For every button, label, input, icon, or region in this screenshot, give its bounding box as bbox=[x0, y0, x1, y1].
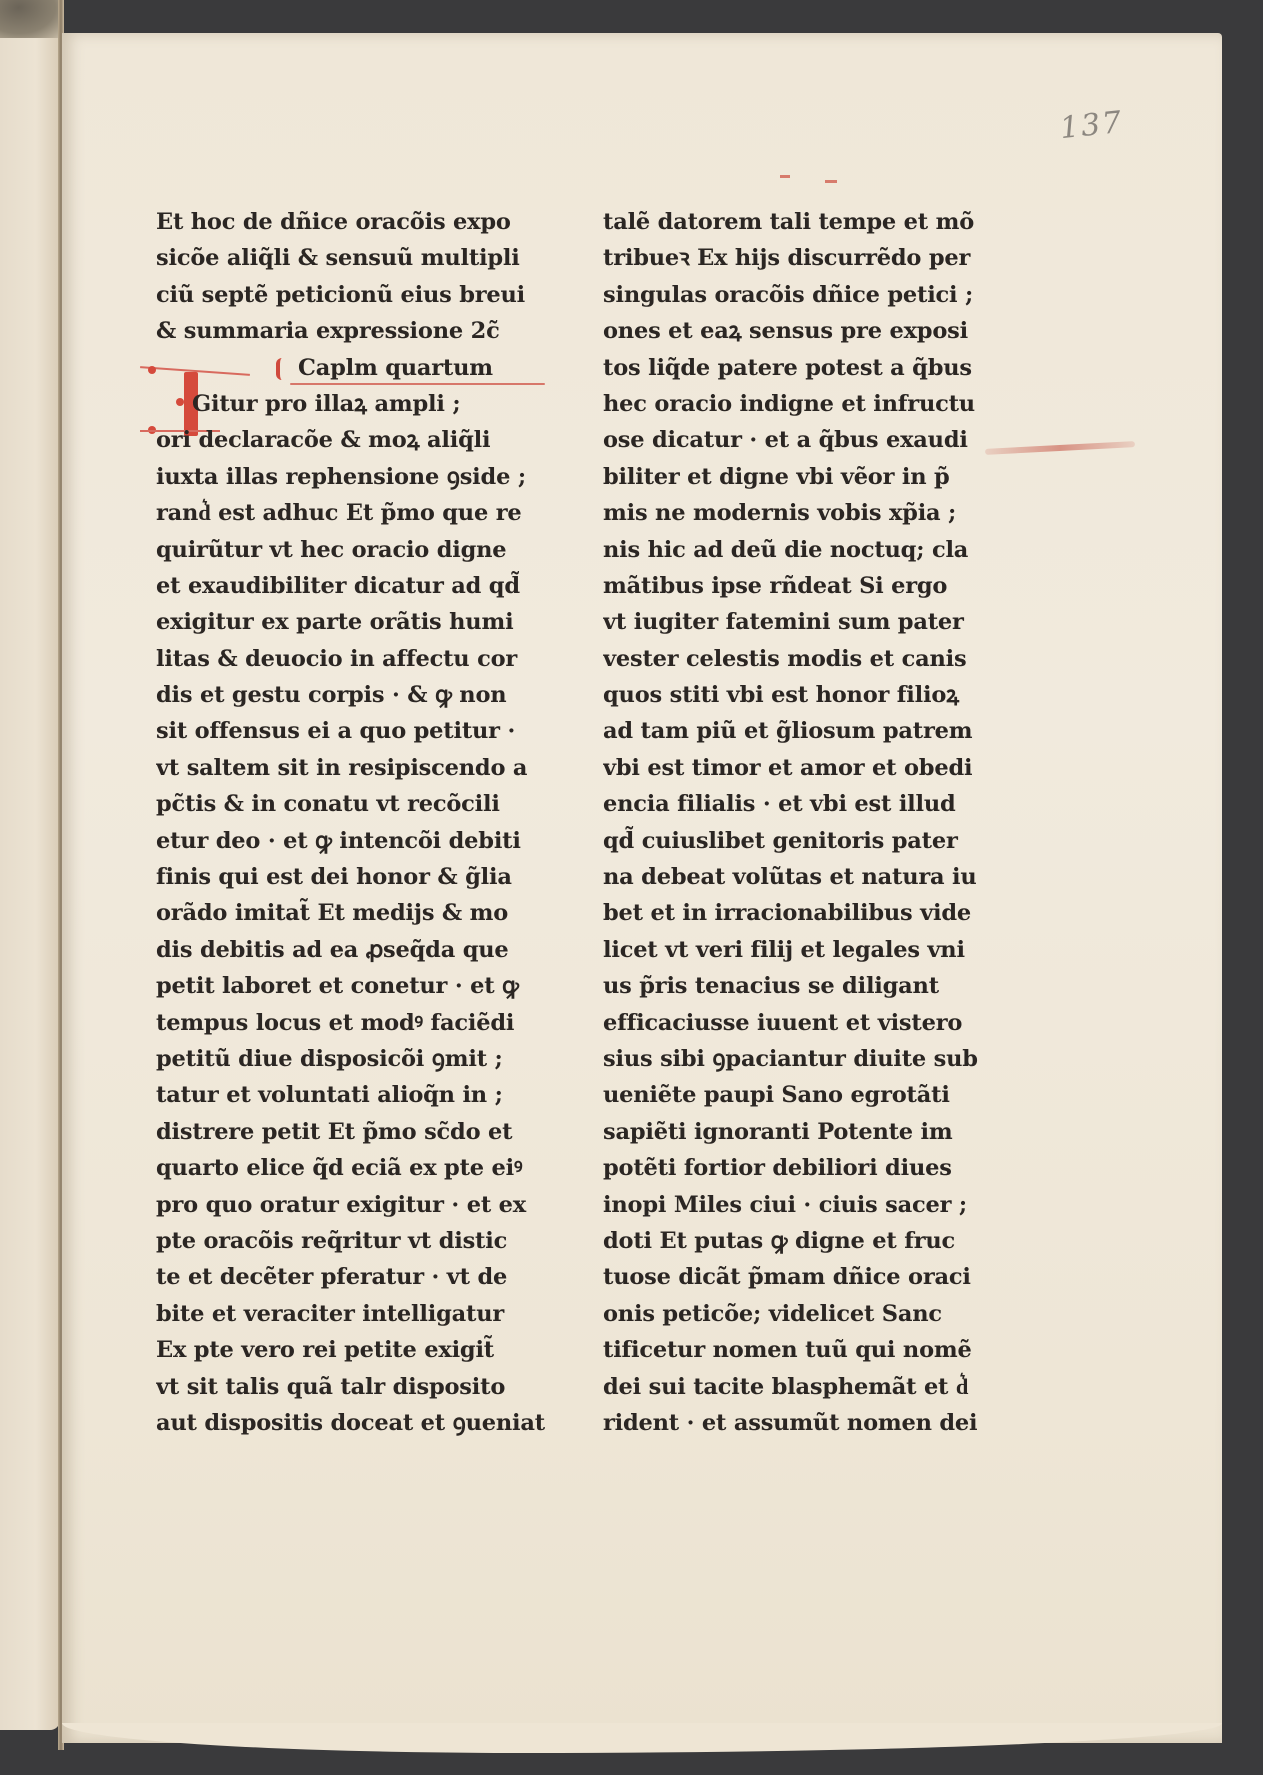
text-line: vbi est timor et amor et obedi bbox=[603, 750, 1003, 786]
text-line: biliter et digne vbi vẽor in p̃ bbox=[603, 459, 1003, 495]
text-line: vt sit talis quã talr disposito bbox=[156, 1369, 546, 1405]
text-line: tempus locus et modꝰ faciẽdi bbox=[156, 1005, 546, 1041]
text-line: distrere petit Et p̃mo sc̃do et bbox=[156, 1114, 546, 1150]
text-line: rand͛ est adhuc Et p̃mo que re bbox=[156, 495, 546, 531]
text-line: pro quo oratur exigitur · et ex bbox=[156, 1187, 546, 1223]
text-line: na debeat volũtas et natura iu bbox=[603, 859, 1003, 895]
text-line: pc̃tis & in conatu vt recõcili bbox=[156, 786, 546, 822]
text-line: tatur et voluntati alioq̃n in ; bbox=[156, 1077, 546, 1113]
text-line: etur deo · et ꝙ intencõi debiti bbox=[156, 823, 546, 859]
text-line: ad tam piũ et g̃liosum patrem bbox=[603, 713, 1003, 749]
text-line: petit laboret et conetur · et ꝙ bbox=[156, 968, 546, 1004]
text-line: vt saltem sit in resipiscendo a bbox=[156, 750, 546, 786]
text-line: Et hoc de dñice oracõis expo bbox=[156, 204, 546, 240]
text-line: Gitur pro illaꝝ ampli ; bbox=[156, 386, 546, 422]
facing-page-edge bbox=[0, 0, 60, 1730]
text-line: petitũ diue disposicõi ꝯmit ; bbox=[156, 1041, 546, 1077]
text-line: tificetur nomen tuũ qui nomẽ bbox=[603, 1332, 1003, 1368]
text-line: bite et veraciter intelligatur bbox=[156, 1296, 546, 1332]
text-column-right: talẽ datorem tali tempe et mõ tribueꝛ Ex… bbox=[603, 204, 1003, 1441]
text-line: finis qui est dei honor & g̃lia bbox=[156, 859, 546, 895]
text-line: tuose dicãt p̃mam dñice oraci bbox=[603, 1259, 1003, 1295]
text-line: quos stiti vbi est honor filioꝝ bbox=[603, 677, 1003, 713]
text-line: & summaria expressione 2c̃ bbox=[156, 313, 546, 349]
text-line: ciũ septẽ peticionũ eius breui bbox=[156, 277, 546, 313]
text-line: iuxta illas rephensione ꝯside ; bbox=[156, 459, 546, 495]
text-line: bet et in irracionabilibus vide bbox=[603, 895, 1003, 931]
text-line: dei sui tacite blasphemãt et d͛ bbox=[603, 1369, 1003, 1405]
text-line: pte oracõis req̃ritur vt distic bbox=[156, 1223, 546, 1259]
text-line: ose dicatur · et a q̃bus exaudi bbox=[603, 422, 1003, 458]
paragraph-mark-icon bbox=[276, 358, 294, 380]
text-line: ueniẽte paupi Sano egrotãti bbox=[603, 1077, 1003, 1113]
folio-number: 137 bbox=[1058, 105, 1125, 146]
text-line: quarto elice q̃d eciã ex pte eiꝰ bbox=[156, 1150, 546, 1186]
text-line: tribueꝛ Ex hijs discurrẽdo per bbox=[603, 240, 1003, 276]
text-line: sicõe aliq̃li & sensuũ multipli bbox=[156, 240, 546, 276]
text-line: Ex pte vero rei petite exigit̃ bbox=[156, 1332, 546, 1368]
text-line: exigitur ex parte orãtis humi bbox=[156, 604, 546, 640]
text-line: rident · et assumũt nomen dei bbox=[603, 1405, 1003, 1441]
text-line: orãdo imitat̃ Et medijs & mo bbox=[156, 895, 546, 931]
text-line: efficaciusse iuuent et vistero bbox=[603, 1005, 1003, 1041]
rubric-mark bbox=[780, 175, 790, 178]
text-line: ones et eaꝝ sensus pre exposi bbox=[603, 313, 1003, 349]
text-line: doti Et putas ꝙ digne et fruc bbox=[603, 1223, 1003, 1259]
text-line: ori declaracõe & moꝝ aliq̃li bbox=[156, 422, 546, 458]
text-line: litas & deuocio in affectu cor bbox=[156, 641, 546, 677]
text-line: dis et gestu corpis · & ꝙ non bbox=[156, 677, 546, 713]
text-line: sius sibi ꝯpaciantur diuite sub bbox=[603, 1041, 1003, 1077]
text-line: inopi Miles ciui · ciuis sacer ; bbox=[603, 1187, 1003, 1223]
text-line: potẽti fortior debiliori diues bbox=[603, 1150, 1003, 1186]
text-line: dis debitis ad ea ꝓseq̃da que bbox=[156, 932, 546, 968]
text-line: te et decẽter pferatur · vt de bbox=[156, 1259, 546, 1295]
text-line: mãtibus ipse rñdeat Si ergo bbox=[603, 568, 1003, 604]
text-line: us p̃ris tenacius se diligant bbox=[603, 968, 1003, 1004]
text-line: vester celestis modis et canis bbox=[603, 641, 1003, 677]
text-line: singulas oracõis dñice petici ; bbox=[603, 277, 1003, 313]
text-line: et exaudibiliter dicatur ad qd̃ bbox=[156, 568, 546, 604]
initial-dot bbox=[148, 366, 156, 374]
text-line: qd̃ cuiuslibet genitoris pater bbox=[603, 823, 1003, 859]
text-line: nis hic ad deũ die noctuq; cla bbox=[603, 532, 1003, 568]
text-line: sapiẽti ignoranti Potente im bbox=[603, 1114, 1003, 1150]
binding-shadow bbox=[0, 0, 62, 38]
text-line: hec oracio indigne et infructu bbox=[603, 386, 1003, 422]
chapter-heading-text: Caplm quartum bbox=[298, 355, 493, 381]
text-line: onis peticõe; videlicet Sanc bbox=[603, 1296, 1003, 1332]
text-line: aut dispositis doceat et ꝯueniat bbox=[156, 1405, 546, 1441]
chapter-heading: Caplm quartum bbox=[156, 350, 546, 386]
text-line: mis ne modernis vobis xp̃ia ; bbox=[603, 495, 1003, 531]
text-line: vt iugiter fatemini sum pater bbox=[603, 604, 1003, 640]
rubric-mark bbox=[825, 180, 837, 183]
text-line: quirũtur vt hec oracio digne bbox=[156, 532, 546, 568]
text-column-left: Et hoc de dñice oracõis expo sicõe aliq̃… bbox=[156, 204, 546, 1441]
text-line: talẽ datorem tali tempe et mõ bbox=[603, 204, 1003, 240]
text-line: encia filialis · et vbi est illud bbox=[603, 786, 1003, 822]
text-line: sit offensus ei a quo petitur · bbox=[156, 713, 546, 749]
text-line: tos liq̃de patere potest a q̃bus bbox=[603, 350, 1003, 386]
text-line: licet vt veri filij et legales vni bbox=[603, 932, 1003, 968]
